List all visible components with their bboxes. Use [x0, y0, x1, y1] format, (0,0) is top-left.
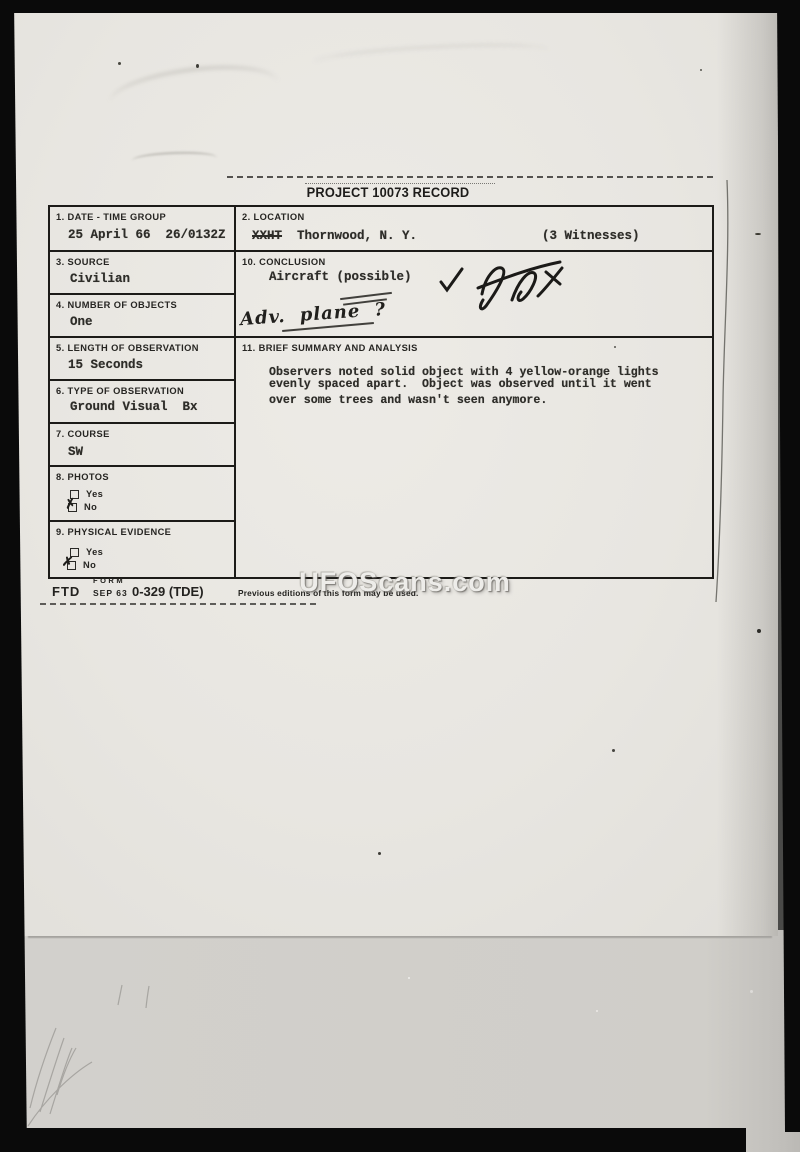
scan-smudge: [107, 58, 282, 127]
field-length-of-observation: 5. LENGTH OF OBSERVATION 15 Seconds: [50, 338, 236, 381]
scan-speck: [700, 69, 702, 71]
scanned-document-page: PROJECT 10073 RECORD 1. DATE - TIME GROU…: [0, 0, 800, 1152]
scan-speck: [118, 62, 121, 65]
checkbox-label: Yes: [86, 489, 103, 499]
field-label: 7. COURSE: [56, 429, 110, 439]
photos-yes-option: Yes: [70, 489, 103, 499]
field-source: 3. SOURCE Civilian: [50, 252, 236, 295]
scan-speck: [614, 346, 616, 348]
field-course: 7. COURSE SW: [50, 424, 236, 467]
field-conclusion: 10. CONCLUSION Aircraft (possible): [236, 252, 712, 338]
footer-form-number: 0-329 (TDE): [132, 584, 204, 599]
scan-speck: [378, 852, 381, 855]
scan-speck: [596, 1010, 598, 1012]
x-mark-icon: ✗: [61, 554, 74, 570]
field-number-of-objects: 4. NUMBER OF OBJECTS One: [50, 295, 236, 338]
checkbox-label: No: [83, 560, 96, 570]
record-form-table: 1. DATE - TIME GROUP 25 April 66 26/0132…: [48, 205, 714, 579]
footer-agency: FTD: [52, 584, 80, 599]
lower-sheet: [8, 930, 800, 1152]
checkbox-label: No: [84, 502, 97, 512]
field-date-time-group: 1. DATE - TIME GROUP 25 April 66 26/0132…: [50, 207, 236, 252]
field-value: XXHT Thornwood, N. Y.: [252, 229, 417, 243]
field-photos: 8. PHOTOS Yes ✗ No: [50, 467, 236, 522]
watermark: UFOScans.com: [275, 567, 535, 598]
footer-form-date: SEP 63: [93, 588, 128, 598]
field-label: 2. LOCATION: [242, 212, 305, 222]
field-value: SW: [68, 445, 83, 459]
field-label: 3. SOURCE: [56, 257, 110, 267]
field-summary: 11. BRIEF SUMMARY AND ANALYSIS Observers…: [236, 338, 712, 577]
scan-speck: [757, 629, 761, 633]
field-label: 9. PHYSICAL EVIDENCE: [56, 527, 171, 537]
handwritten-note: Adv. plane ?: [239, 299, 386, 330]
scan-speck: [750, 990, 753, 993]
field-label: 1. DATE - TIME GROUP: [56, 212, 166, 222]
scan-speck: [612, 749, 615, 752]
field-location: 2. LOCATION XXHT Thornwood, N. Y. (3 Wit…: [236, 207, 712, 252]
witness-count: (3 Witnesses): [542, 229, 640, 243]
evidence-no-option: ✗ No: [67, 560, 96, 570]
checkbox-checked: ✗: [68, 503, 77, 512]
paper-sheet: PROJECT 10073 RECORD 1. DATE - TIME GROU…: [14, 10, 778, 936]
scan-smudge: [132, 151, 217, 168]
dashed-rule: [227, 176, 713, 178]
field-value: 15 Seconds: [68, 358, 143, 372]
field-type-of-observation: 6. TYPE OF OBSERVATION Ground Visual Bx: [50, 381, 236, 424]
footer-rule: [40, 603, 316, 605]
scan-smudge: [314, 40, 550, 72]
field-label: 6. TYPE OF OBSERVATION: [56, 386, 184, 396]
field-physical-evidence: 9. PHYSICAL EVIDENCE Yes ✗ No: [50, 522, 236, 577]
checkbox-label: Yes: [86, 547, 103, 557]
field-value: Ground Visual Bx: [70, 400, 198, 414]
footer-form-word: FORM: [93, 576, 125, 585]
checkmark-icon: [438, 266, 466, 296]
field-value: One: [70, 315, 93, 329]
page-title: PROJECT 10073 RECORD: [293, 185, 483, 200]
dotted-rule: [305, 183, 495, 184]
scan-border-bottom: [0, 1128, 746, 1152]
summary-line: over some trees and wasn't seen anymore.: [269, 395, 547, 407]
photos-no-option: ✗ No: [68, 502, 97, 512]
evidence-yes-option: Yes: [70, 547, 103, 557]
field-label: 5. LENGTH OF OBSERVATION: [56, 343, 199, 353]
scan-border-top: [0, 0, 800, 13]
field-label: 11. BRIEF SUMMARY AND ANALYSIS: [242, 343, 418, 353]
field-value: Civilian: [70, 272, 130, 286]
summary-line: evenly spaced apart. Object was observed…: [269, 379, 652, 391]
field-label: 10. CONCLUSION: [242, 257, 326, 267]
checkbox-checked: ✗: [67, 561, 76, 570]
scan-speck: [408, 977, 410, 979]
field-value: Aircraft (possible): [269, 270, 412, 284]
crossed-out-text: XXHT: [252, 229, 282, 243]
scan-speck: [755, 233, 761, 235]
field-label: 4. NUMBER OF OBJECTS: [56, 300, 177, 310]
scan-speck: [196, 64, 199, 68]
field-value: 25 April 66 26/0132Z: [68, 228, 226, 242]
field-label: 8. PHOTOS: [56, 472, 109, 482]
signature-scribble: [468, 254, 568, 316]
